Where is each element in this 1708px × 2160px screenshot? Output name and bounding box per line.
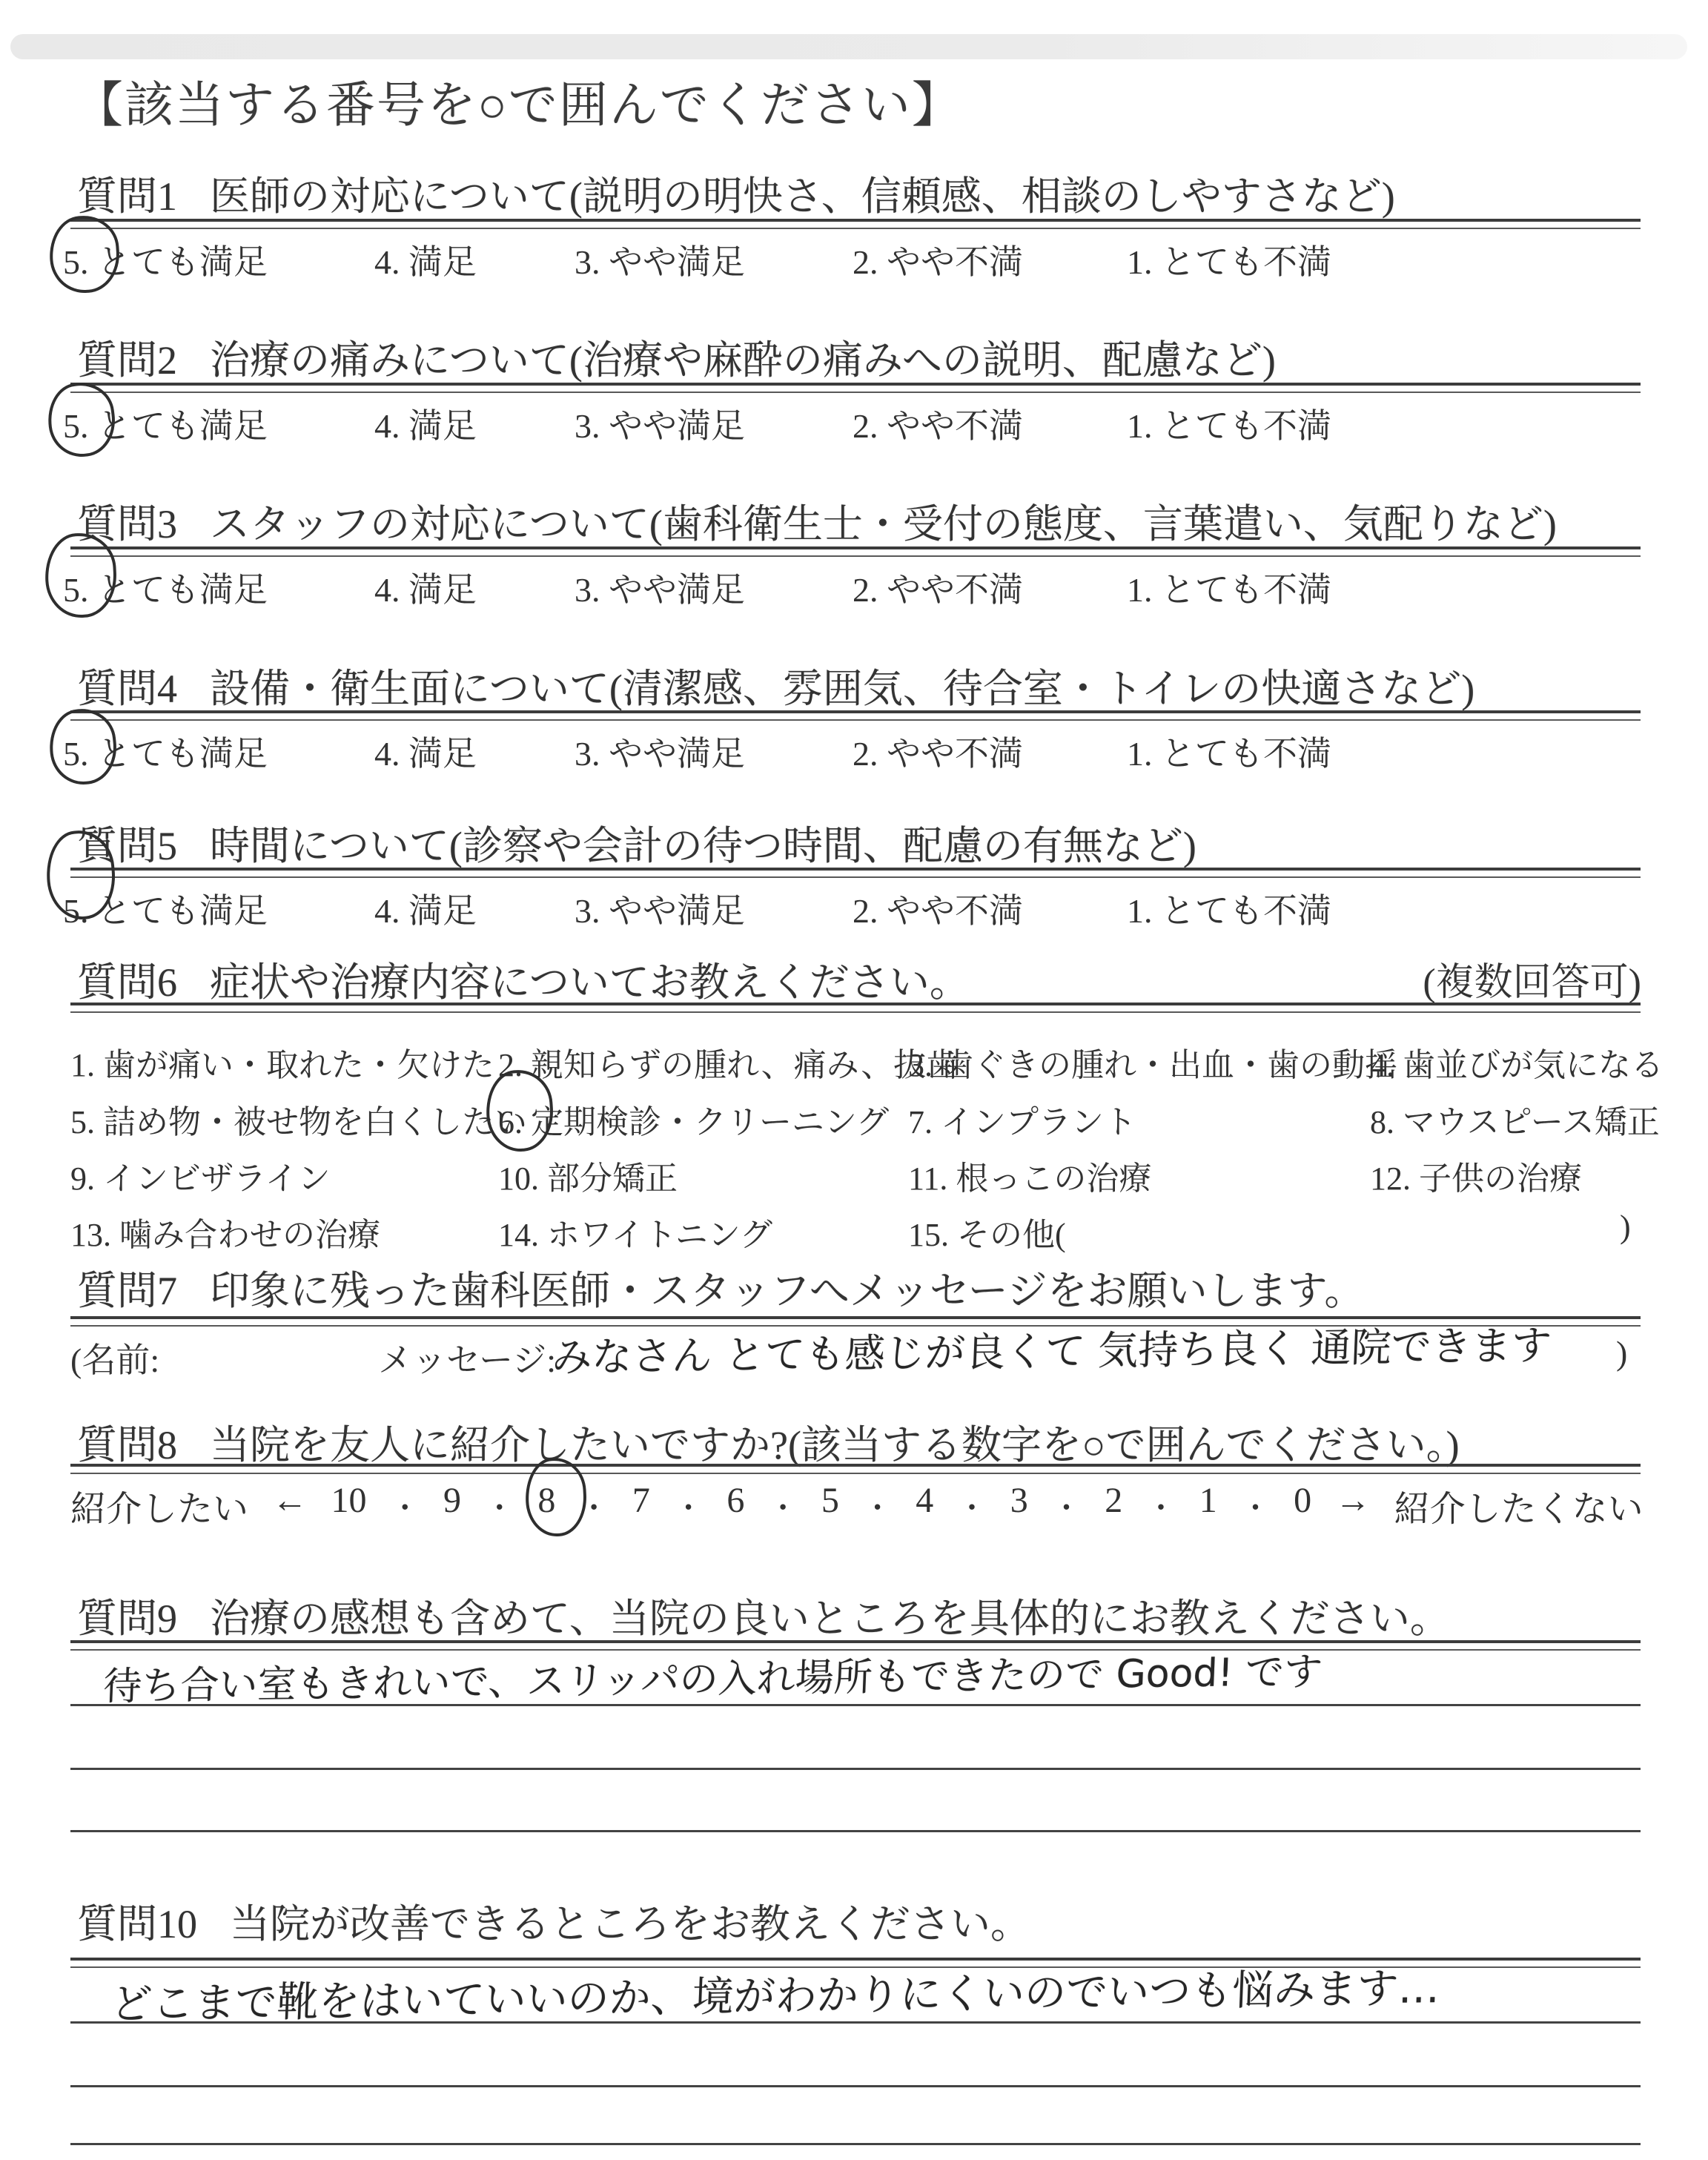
question-4-title: 設備・衛生面について(清潔感、雰囲気、待合室・トイレの快適さなど) [210, 667, 1474, 711]
question-8-title: 当院を友人に紹介したいですか?(該当する数字を○で囲んでください。) [210, 1423, 1460, 1467]
q4-option-3: 3. やや満足 [575, 727, 745, 776]
q8-dot-separator: ・ [1052, 1480, 1082, 1527]
q10-answer-line-4 [70, 2143, 1641, 2145]
q5-option-4: 4. 満足 [374, 884, 477, 933]
question-8-rule [70, 1464, 1641, 1474]
question-1-title: 医師の対応について(説明の明快さ、信頼感、相談のしやすさなど) [210, 174, 1395, 219]
q4-option-5: 5. とても満足 [63, 727, 268, 776]
q6-option-7: 7. インプラント [908, 1095, 1136, 1143]
q8-dot-separator: ・ [957, 1480, 987, 1527]
q4-option-2: 2. やや不満 [853, 727, 1023, 776]
question-4-number: 質問4 [77, 667, 177, 711]
question-9-title: 治療の感想も含めて、当院の良いところを具体的にお教えください。 [210, 1596, 1450, 1641]
question-5-number: 質問5 [77, 824, 177, 868]
q8-number-9: 9 [443, 1480, 461, 1521]
q6-option-15: 15. その他( [908, 1208, 1066, 1255]
q8-number-5: 5 [821, 1480, 839, 1521]
question-5-title: 時間について(診察や会計の待つ時間、配慮の有無など) [210, 824, 1196, 868]
question-2-rule [70, 383, 1641, 393]
q1-option-3: 3. やや満足 [575, 235, 745, 284]
question-6-number: 質問6 [77, 960, 177, 1005]
question-6-rule [70, 1003, 1641, 1013]
q8-dot-separator: ・ [863, 1480, 893, 1527]
question-1-number: 質問1 [77, 174, 177, 219]
q9-answer-line-4 [70, 1830, 1641, 1832]
q2-option-5: 5. とても満足 [63, 399, 268, 448]
q9-answer-line-2 [70, 1704, 1641, 1706]
q7-close-paren: ) [1616, 1333, 1627, 1373]
q8-dot-separator: ・ [579, 1480, 609, 1527]
q6-option-13: 13. 噛み合わせの治療 [70, 1208, 380, 1255]
q6-option-9: 9. インビザライン [70, 1152, 331, 1199]
q8-dot-separator: ・ [768, 1480, 798, 1527]
q3-option-3: 3. やや満足 [575, 563, 745, 612]
q2-option-2: 2. やや不満 [853, 399, 1023, 448]
q8-number-2: 2 [1105, 1480, 1122, 1521]
q6-option-8: 8. マウスピース矯正 [1370, 1095, 1660, 1143]
q6-option-15-close-paren: ) [1620, 1208, 1631, 1246]
question-1-options: 5. とても満足 4. 満足 3. やや満足 2. やや不満 1. とても不満 [0, 235, 1708, 280]
q6-option-6: 6. 定期検診・クリーニング [498, 1095, 889, 1143]
q8-dot-separator: ・ [1146, 1480, 1176, 1527]
q2-option-3: 3. やや満足 [575, 399, 745, 448]
question-3-title: スタッフの対応について(歯科衛生士・受付の態度、言葉遣い、気配りなど) [210, 502, 1557, 546]
q10-answer-line-2 [70, 2021, 1641, 2024]
q6-option-12: 12. 子供の治療 [1370, 1152, 1582, 1199]
q6-option-5: 5. 詰め物・被せ物を白くしたい [70, 1095, 527, 1143]
q3-option-2: 2. やや不満 [853, 563, 1023, 612]
question-4-options: 5. とても満足 4. 満足 3. やや満足 2. やや不満 1. とても不満 [0, 727, 1708, 771]
q3-option-4: 4. 満足 [374, 563, 477, 612]
q4-option-4: 4. 満足 [374, 727, 477, 776]
question-1-rule [70, 219, 1641, 229]
q5-option-2: 2. やや不満 [853, 884, 1023, 933]
question-10-title: 当院が改善できるところをお教えください。 [230, 1902, 1030, 1946]
q1-option-5: 5. とても満足 [63, 235, 268, 284]
q8-number-8: 8 [537, 1480, 555, 1521]
q8-number-4: 4 [916, 1480, 933, 1521]
q9-answer-line-3 [70, 1768, 1641, 1770]
q8-arrow-right: → [1335, 1480, 1371, 1521]
q10-answer-line-3 [70, 2085, 1641, 2087]
q8-number-3: 3 [1010, 1480, 1028, 1521]
survey-form-page: 【該当する番号を○で囲んでください】 質問1医師の対応について(説明の明快さ、信… [0, 0, 1708, 2160]
q6-option-10: 10. 部分矯正 [498, 1152, 678, 1199]
question-9-number: 質問9 [77, 1596, 177, 1641]
q2-option-4: 4. 満足 [374, 399, 477, 448]
question-2-heading: 質問2治療の痛みについて(治療や麻酔の痛みへの説明、配慮など) [77, 328, 1276, 386]
q8-arrow-left: ← [272, 1480, 308, 1521]
question-6-heading: 質問6症状や治療内容についてお教えください。 [77, 951, 970, 1008]
q3-option-5: 5. とても満足 [63, 563, 268, 612]
question-4-heading: 質問4設備・衛生面について(清潔感、雰囲気、待合室・トイレの快適さなど) [77, 657, 1474, 714]
question-10-heading: 質問10当院が改善できるところをお教えください。 [77, 1892, 1030, 1949]
q8-number-10: 10 [331, 1480, 366, 1521]
question-10-number: 質問10 [77, 1902, 197, 1946]
question-6-multi-answer-note: (複数回答可) [1423, 951, 1641, 1006]
q5-option-1: 1. とても不満 [1127, 884, 1331, 933]
q6-option-2: 2. 親知らずの腫れ、痛み、抜歯 [498, 1038, 959, 1086]
q3-option-1: 1. とても不満 [1127, 563, 1331, 612]
q8-number-0: 0 [1294, 1480, 1311, 1521]
question-3-heading: 質問3スタッフの対応について(歯科衛生士・受付の態度、言葉遣い、気配りなど) [77, 492, 1557, 549]
q6-option-11: 11. 根っこの治療 [908, 1152, 1151, 1199]
q1-option-1: 1. とても不満 [1127, 235, 1331, 284]
q8-label-not-recommend: 紹介したくない [1394, 1480, 1644, 1531]
q6-option-3: 3. 歯ぐきの腫れ・出血・歯の動揺 [908, 1038, 1397, 1086]
q2-option-1: 1. とても不満 [1127, 399, 1331, 448]
q5-option-5: 5. とても満足 [63, 884, 268, 933]
q6-option-14: 14. ホワイトニング [498, 1208, 772, 1255]
question-5-heading: 質問5時間について(診察や会計の待つ時間、配慮の有無など) [77, 814, 1196, 871]
q5-option-3: 3. やや満足 [575, 884, 745, 933]
q8-number-1: 1 [1199, 1480, 1217, 1521]
question-3-rule [70, 546, 1641, 557]
question-7-title: 印象に残った歯科医師・スタッフへメッセージをお願いします。 [210, 1269, 1364, 1313]
question-1-heading: 質問1医師の対応について(説明の明快さ、信頼感、相談のしやすさなど) [77, 165, 1395, 222]
q8-label-recommend: 紹介したい [70, 1480, 248, 1531]
q8-dot-separator: ・ [1240, 1480, 1270, 1527]
question-8-heading: 質問8当院を友人に紹介したいですか?(該当する数字を○で囲んでください。) [77, 1413, 1460, 1470]
q6-option-1: 1. 歯が痛い・取れた・欠けた [70, 1038, 494, 1086]
question-2-options: 5. とても満足 4. 満足 3. やや満足 2. やや不満 1. とても不満 [0, 399, 1708, 443]
q9-handwritten-answer: 待ち合い室もきれいで、スリッパの入れ場所もできたので Good! です [102, 1640, 1324, 1711]
q8-number-7: 7 [632, 1480, 650, 1521]
q4-option-1: 1. とても不満 [1127, 727, 1331, 776]
q7-name-label: (名前: [70, 1333, 159, 1382]
question-9-heading: 質問9治療の感想も含めて、当院の良いところを具体的にお教えください。 [77, 1587, 1450, 1644]
q1-option-2: 2. やや不満 [853, 235, 1023, 284]
question-8-number: 質問8 [77, 1423, 177, 1467]
page-title: 【該当する番号を○で囲んでください】 [74, 65, 962, 136]
question-6-title: 症状や治療内容についてお教えください。 [210, 960, 970, 1005]
scan-artifact-band [10, 34, 1687, 59]
q8-number-6: 6 [726, 1480, 744, 1521]
question-2-title: 治療の痛みについて(治療や麻酔の痛みへの説明、配慮など) [210, 338, 1276, 383]
question-7-heading: 質問7印象に残った歯科医師・スタッフへメッセージをお願いします。 [77, 1259, 1364, 1316]
question-3-options: 5. とても満足 4. 満足 3. やや満足 2. やや不満 1. とても不満 [0, 563, 1708, 607]
q7-handwritten-message: みなさん とても感じが良くて 気持ち良く 通院できます [551, 1314, 1552, 1383]
q8-dot-separator: ・ [674, 1480, 704, 1527]
question-7-number: 質問7 [77, 1269, 177, 1313]
question-2-number: 質問2 [77, 338, 177, 383]
q8-dot-separator: ・ [390, 1480, 420, 1527]
question-3-number: 質問3 [77, 502, 177, 546]
question-5-options: 5. とても満足 4. 満足 3. やや満足 2. やや不満 1. とても不満 [0, 884, 1708, 928]
q8-nps-scale: 紹介したい ← 10 ・ 9 ・ 8 ・ 7 ・ 6 ・ 5 ・ 4 ・ 3 ・… [70, 1480, 1644, 1531]
question-4-rule [70, 710, 1641, 721]
q8-dot-separator: ・ [485, 1480, 514, 1527]
question-5-rule [70, 868, 1641, 878]
q6-option-4: 4. 歯並びが気になる [1370, 1038, 1664, 1086]
q7-message-label: メッセージ: [378, 1333, 556, 1382]
q1-option-4: 4. 満足 [374, 235, 477, 284]
